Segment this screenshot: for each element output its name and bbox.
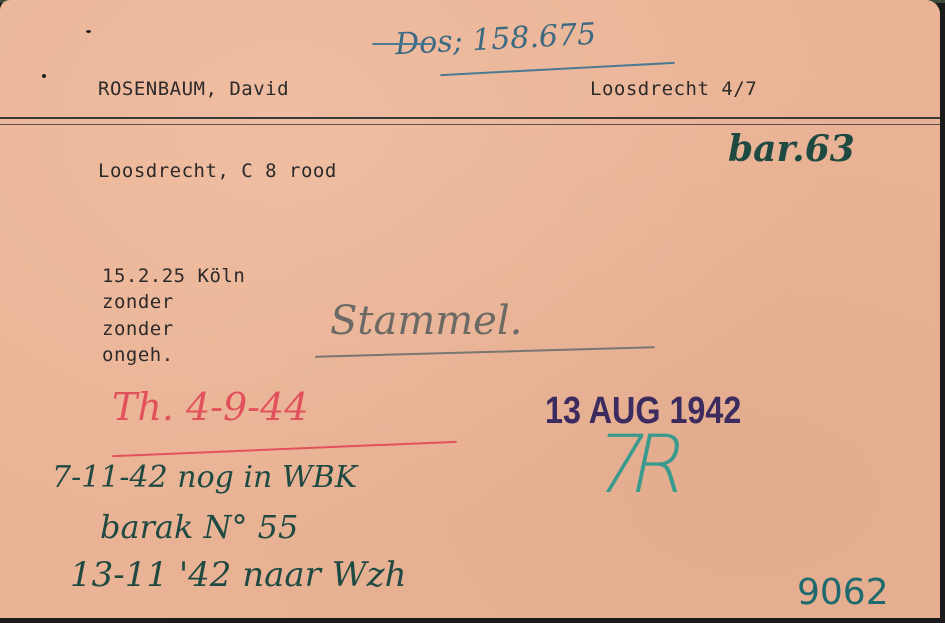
- marital-status: ongeh.: [102, 344, 174, 366]
- barrack-note: bar.63: [728, 128, 855, 170]
- field-zonder-2: zonder: [102, 318, 174, 340]
- archive-number-lead-stroke: [372, 43, 432, 45]
- ink-mark: [86, 30, 91, 33]
- note-wbk: 7-11-42 nog in WBK: [52, 460, 357, 495]
- archive-number-underline: [440, 62, 675, 76]
- location-header: Loosdrecht 4/7: [590, 78, 757, 100]
- note-transfer: 13-11 '42 naar Wzh: [70, 555, 407, 595]
- red-note-underline: [112, 441, 457, 457]
- address: Loosdrecht, C 8 rood: [98, 160, 337, 182]
- note-barak: barak N° 55: [100, 508, 298, 546]
- header-rule-bottom: [0, 124, 940, 125]
- birth-date-place: 15.2.25 Köln: [102, 265, 245, 287]
- pencil-signature: Stammel.: [330, 298, 522, 344]
- header-rule-top: [0, 117, 940, 119]
- card-number: 9062: [797, 572, 889, 613]
- index-card: Dos; 158.675 ROSENBAUM, David Loosdrecht…: [0, 0, 940, 618]
- red-note: Th. 4-9-44: [112, 385, 308, 429]
- ink-mark: [42, 74, 46, 78]
- archive-number: Dos; 158.675: [394, 17, 597, 62]
- person-name: ROSENBAUM, David: [98, 78, 289, 100]
- field-zonder-1: zonder: [102, 291, 174, 313]
- signature-underline: [315, 346, 655, 357]
